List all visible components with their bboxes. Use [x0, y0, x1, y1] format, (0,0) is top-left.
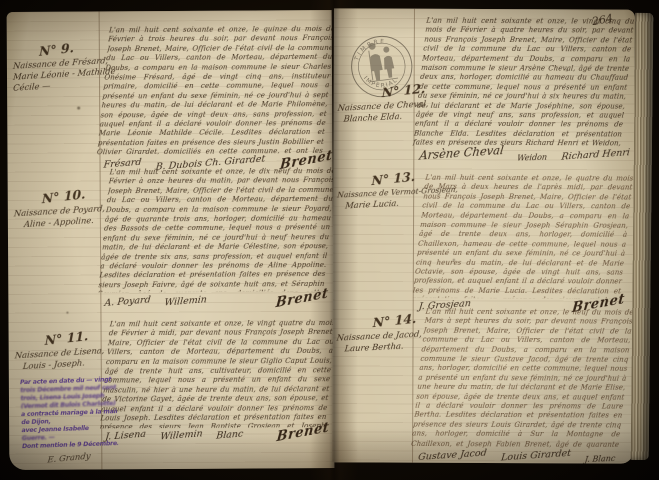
entry-number: N° 12.	[382, 80, 429, 100]
entry-14-signatures: Gustave Jacod Louis Girardet J. Blanc Br…	[418, 446, 626, 462]
photo-background: N° 9. Naissance de Frésard, Marie Léonie…	[0, 0, 659, 480]
entry-13: L'an mil huit cent soixante et onze, le …	[334, 8, 635, 9]
entry-11: L'an mil huit cent soixante et onze, le …	[7, 10, 332, 12]
signature: Gustave Jacod	[418, 448, 488, 464]
entry-10: L'an mil huit cent soixante et onze, le …	[7, 10, 332, 12]
signature: Weidon	[517, 153, 548, 163]
entry-13-margin: N° 13. Naissance de Vermot-Grosjean, Mar…	[337, 168, 458, 209]
register-right-page: 264 TIMBRE IMPERIAL L'an mil huit cent s…	[332, 8, 635, 463]
signature: Louis Girardet	[500, 448, 571, 464]
signature: Arsène Cheval	[419, 143, 505, 163]
entry-14-body: L'an mil huit cent soixante et onze, le …	[411, 308, 634, 449]
entry-14-margin: N° 14. Naissance de Jacod, Laure Bertha.	[336, 312, 422, 352]
entry-12-body: L'an mil huit cent soixante et onze, le …	[413, 17, 635, 148]
stamp-figures	[365, 41, 398, 82]
entry-10-signatures: A. Poyard Willemin Brenet	[104, 291, 328, 307]
entry-9-body: L'an mil huit cent soixante et onze, le …	[97, 25, 335, 154]
marriage-annotation-stamp: Par acte en date du — vingt trois Décemb…	[20, 376, 118, 451]
ink-speck	[66, 312, 68, 314]
ink-speck	[566, 69, 568, 71]
register-left-page: N° 9. Naissance de Frésard, Marie Léonie…	[7, 10, 335, 470]
signature: Willemin	[159, 428, 202, 442]
entry-12-margin: N° 12. Naissance de Cheval, Blanche Elda…	[337, 82, 428, 122]
ink-speck	[453, 259, 455, 261]
signature: A. Poyard	[104, 294, 151, 309]
signature: Blanc	[216, 429, 244, 442]
signature: J. Blanc	[584, 454, 615, 464]
entry-11-margin: N° 11. Naissance de Lisena, Louis - Jose…	[15, 329, 105, 370]
entry-12: L'an mil huit cent soixante et onze, le …	[334, 8, 635, 9]
annotation-signature: E. Grandy	[47, 452, 91, 466]
entry-9-margin: N° 9. Naissance de Frésard, Marie Léonie…	[13, 39, 116, 91]
signature: Richard Henri	[561, 147, 631, 163]
entry-number: N° 14.	[373, 310, 422, 330]
entry-10-margin: N° 10. Naissance de Poyard, Aline - Appo…	[14, 187, 106, 228]
entry-11-signatures: J. Lisena Willemin Blanc Brenet	[105, 425, 329, 441]
entry-9: N° 9. Naissance de Frésard, Marie Léonie…	[7, 10, 332, 12]
entry-14: L'an mil huit cent soixante et onze, le …	[334, 8, 635, 9]
entry-11-body: L'an mil huit cent soixante et onze, le …	[99, 319, 334, 428]
entry-12-signatures: Arsène Cheval Weidon Richard Henri Brene…	[419, 145, 625, 161]
ink-speck	[77, 107, 80, 110]
entry-10-body: L'an mil huit cent soixante et onze, le …	[98, 167, 335, 292]
signature: Willemin	[164, 294, 207, 308]
entry-title-line: Laure Bertha.	[344, 340, 422, 355]
book-fore-edge	[631, 13, 654, 460]
